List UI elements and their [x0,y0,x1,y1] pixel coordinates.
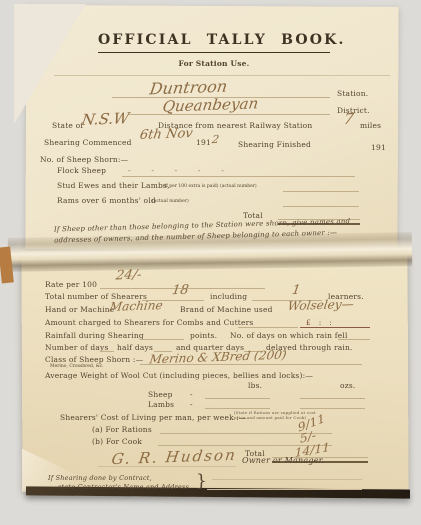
rainfall-label: Rainfall during Shearing [45,331,144,340]
lambs-lbs-line [205,408,270,409]
sheep-ozs-line [300,398,365,399]
contract-line-2 [207,489,362,490]
stud-note: (if per 100 extra is paid) (actual numbe… [163,184,257,189]
combs-leader-line [238,327,298,328]
header-rule [54,75,390,76]
rations-label: (a) For Rations [92,425,152,434]
sheep-lbs-line [205,398,270,399]
class-shorn-note: Merino, Crossbred, &c. [50,364,104,369]
handwritten-shearers: 18 [171,283,190,299]
flock-line [122,176,355,177]
contract-line-1 [212,479,362,480]
rams-line [283,206,359,207]
rain-days-line [338,339,370,340]
including-label: including [210,292,247,301]
form-subtitle: For Station Use. [98,59,330,68]
shorn-heading: No. of Sheep Shorn:— [40,155,128,164]
contract-brace: } [196,471,207,491]
handwritten-brand: Wolseley— [287,297,355,313]
handwritten-rate: 24/- [115,268,143,284]
cook-label: (b) For Cook [92,437,142,446]
class-shorn-label: Class of Sheep Shorn :— [45,355,143,364]
rate-label: Rate per 100 [45,280,97,289]
handwritten-district: Queanbeyan [161,94,259,115]
finished-label: Shearing Finished [238,140,311,149]
flock-dashes: - - - - - [128,166,224,175]
lambs-ozs-line [300,408,365,409]
handwritten-machine: Machine [109,298,164,314]
tally-book-photo: OFFICIAL TALLY BOOK. For Station Use. Du… [0,0,421,525]
flock-label: Flock Sheep [57,166,106,175]
rams-label: Rams over 6 months' old [57,196,156,205]
hand-machine-label: Hand or Machine [45,305,114,314]
combs-currency-line [300,327,370,328]
handwritten-commenced: 6th Nov [139,126,194,143]
lambs-row-label: Lambs [148,400,174,409]
cost-label: Shearers' Cost of Living per man, per we… [60,413,247,422]
rain-days-label: No. of days on which rain fell [230,331,348,340]
combs-label: Amount charged to Shearers for Combs and… [45,318,253,327]
handwritten-distance: 7 [343,110,355,128]
class-shorn-line [140,364,362,365]
lbs-label: lbs. [248,381,262,390]
rams-note: (actual number) [152,199,189,204]
form-title: OFFICIAL TALLY BOOK. [98,32,330,53]
contract-note-line1: If Shearing done by Contract, [48,474,152,482]
state-label: State of [52,121,83,130]
sheep-row-label: Sheep [148,390,173,399]
rainfall-line [142,339,184,340]
miles-label: miles [360,121,381,130]
days-line [100,351,114,352]
brand-label: Brand of Machine used [180,305,273,314]
contract-note-line2: state Contractor's Name and Address [58,483,189,491]
stud-line [283,191,359,192]
finished-year-prefix: 191 [371,143,386,152]
signature-line [98,466,236,467]
station-label: Station. [337,89,368,98]
owner-manager-label: Owner or Manager. [242,456,324,465]
commenced-label: Shearing Commenced [44,138,132,147]
sheep-row-dash: - [190,390,193,399]
half-days-label: half days [117,343,153,352]
district-line [128,114,330,115]
avg-weight-label: Average Weight of Wool Cut (including pi… [45,371,313,380]
commenced-year-prefix: 191 [196,138,211,147]
combs-currency: £ : : [306,318,332,327]
handwritten-state: N.S.W [81,109,131,129]
stud-label: Stud Ewes and their Lambs, [57,181,170,190]
lambs-row-dash: - [190,400,193,409]
ozs-label: ozs. [340,381,356,390]
points-label: points. [190,331,217,340]
